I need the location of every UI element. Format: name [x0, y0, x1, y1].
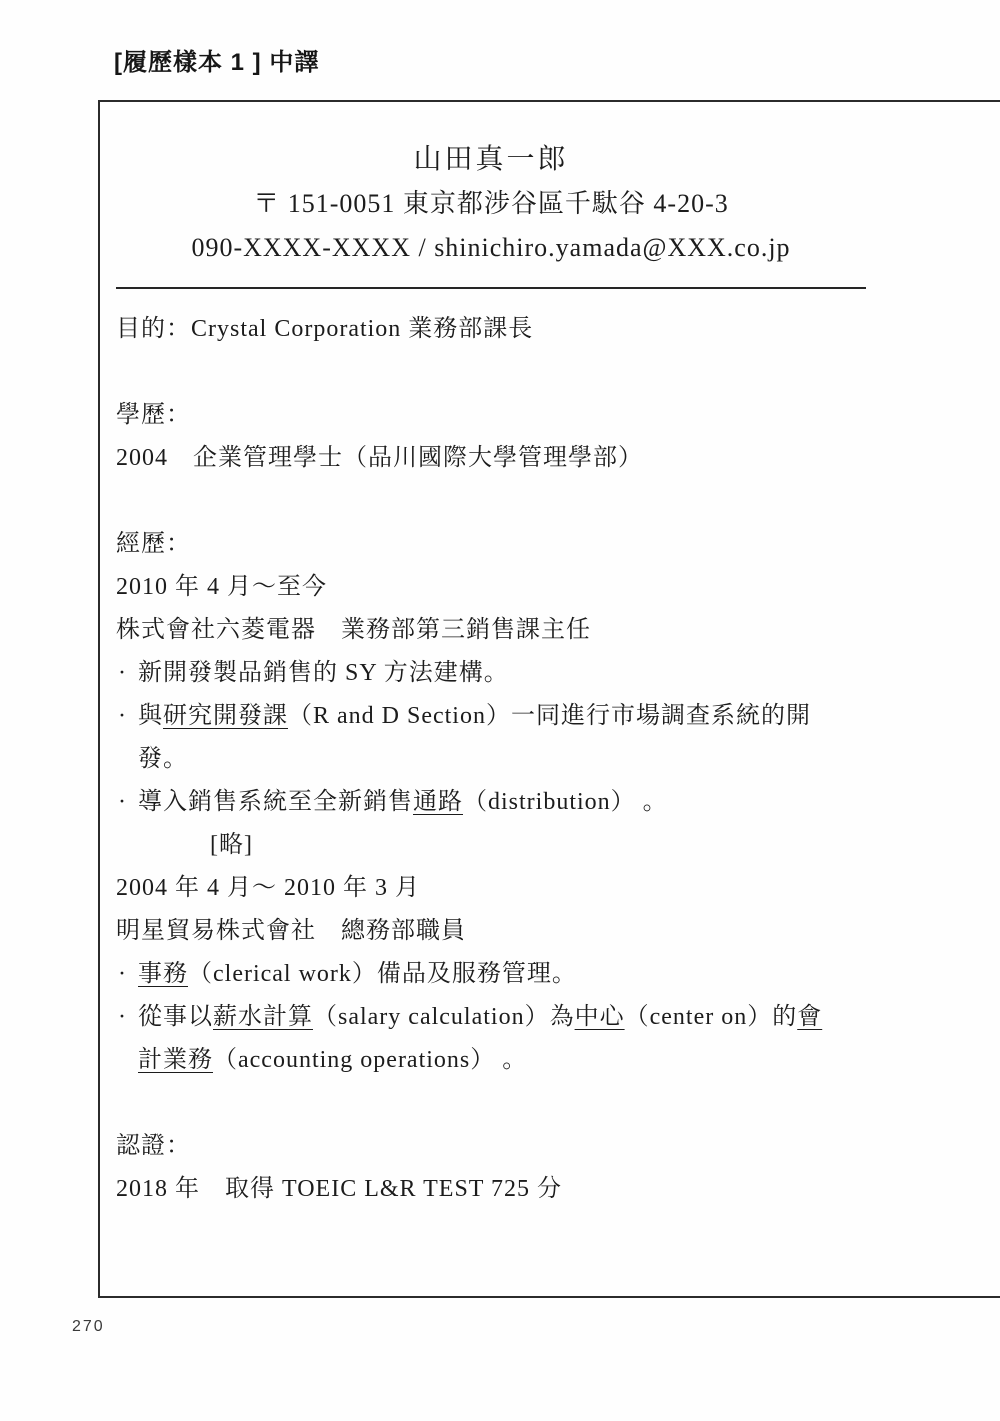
underlined-term: 中心 [575, 1004, 625, 1030]
applicant-contact: 090-XXXX-XXXX / shinichiro.yamada@XXX.co… [116, 226, 866, 270]
applicant-address: 〒 151-0051 東京都涉谷區千駄谷 4-20-3 [116, 182, 866, 226]
blank-line [116, 351, 1000, 394]
resume-line: 認證： [116, 1125, 1000, 1168]
text-segment: 株式會社六菱電器 業務部第三銷售課主任 [116, 617, 591, 643]
resume-header: 山田真一郎 〒 151-0051 東京都涉谷區千駄谷 4-20-3 090-XX… [116, 138, 866, 270]
resume-line: ·導入銷售系統至全新銷售通路（distribution） 。 [116, 781, 1000, 824]
text-segment: 從事以 [138, 1004, 213, 1030]
underlined-term: 薪水計算 [213, 1004, 313, 1030]
resume-line: ·新開發製品銷售的 SY 方法建構。 [116, 652, 1000, 695]
text-segment: 學歷： [116, 402, 191, 428]
resume-card: 山田真一郎 〒 151-0051 東京都涉谷區千駄谷 4-20-3 090-XX… [98, 100, 1000, 1298]
applicant-name: 山田真一郎 [116, 138, 866, 182]
header-divider [116, 287, 866, 289]
text-segment: 2010 年 4 月～至今 [116, 574, 327, 600]
blank-line [116, 480, 1000, 523]
text-segment: （R and D Section）一同進行市場調查系統的開 [288, 703, 811, 729]
resume-line: 2010 年 4 月～至今 [116, 566, 1000, 609]
resume-line: 2004 企業管理學士（品川國際大學管理學部） [116, 437, 1000, 480]
resume-line: 株式會社六菱電器 業務部第三銷售課主任 [116, 609, 1000, 652]
underlined-term: 會 [797, 1004, 822, 1030]
bullet-dot-icon: · [118, 953, 127, 996]
text-segment: 經歷： [116, 531, 191, 557]
resume-line: 學歷： [116, 394, 1000, 437]
underlined-term: 事務 [138, 961, 188, 987]
text-segment: 導入銷售系統至全新銷售 [138, 789, 413, 815]
resume-line: 目的：Crystal Corporation 業務部課長 [116, 308, 1000, 351]
resume-line: ·事務（clerical work）備品及服務管理。 [116, 953, 1000, 996]
text-segment: 與 [138, 703, 163, 729]
resume-line: 發。 [116, 738, 1000, 781]
resume-line: 2018 年 取得 TOEIC L&R TEST 725 分 [116, 1168, 1000, 1211]
blank-line [116, 1082, 1000, 1125]
text-segment: （center on）的 [625, 1004, 798, 1030]
text-segment: 2004 年 4 月～ 2010 年 3 月 [116, 875, 420, 901]
page-title: [履歷樣本 1 ] 中譯 [114, 42, 319, 77]
resume-line: [略] [116, 824, 1000, 867]
text-segment: 目的：Crystal Corporation 業務部課長 [116, 316, 533, 342]
text-segment: （salary calculation）為 [313, 1004, 575, 1030]
bullet-dot-icon: · [118, 695, 127, 738]
underlined-term: 研究開發課 [163, 703, 288, 729]
underlined-term: 計業務 [138, 1047, 213, 1073]
text-segment: 認證： [116, 1133, 191, 1159]
resume-line: 計業務（accounting operations） 。 [116, 1039, 1000, 1082]
underlined-term: 通路 [413, 789, 463, 815]
text-segment: （distribution） 。 [463, 789, 668, 815]
bullet-dot-icon: · [118, 652, 127, 695]
text-segment: （clerical work）備品及服務管理。 [188, 961, 577, 987]
resume-line: ·與研究開發課（R and D Section）一同進行市場調查系統的開 [116, 695, 1000, 738]
resume-content: 山田真一郎 〒 151-0051 東京都涉谷區千駄谷 4-20-3 090-XX… [100, 102, 1000, 1211]
resume-body: 目的：Crystal Corporation 業務部課長 學歷：2004 企業管… [116, 308, 1000, 1211]
text-segment: 發。 [138, 746, 188, 772]
bullet-dot-icon: · [118, 996, 127, 1039]
text-segment: [略] [210, 832, 253, 858]
resume-line: 經歷： [116, 523, 1000, 566]
resume-line: ·從事以薪水計算（salary calculation）為中心（center o… [116, 996, 1000, 1039]
text-segment: 明星貿易株式會社 總務部職員 [116, 918, 466, 944]
resume-line: 明星貿易株式會社 總務部職員 [116, 910, 1000, 953]
text-segment: （accounting operations） 。 [213, 1047, 527, 1073]
bullet-dot-icon: · [118, 781, 127, 824]
text-segment: 2018 年 取得 TOEIC L&R TEST 725 分 [116, 1176, 562, 1202]
resume-line: 2004 年 4 月～ 2010 年 3 月 [116, 867, 1000, 910]
page-number: 270 [72, 1318, 105, 1336]
text-segment: 新開發製品銷售的 SY 方法建構。 [138, 660, 509, 686]
text-segment: 2004 企業管理學士（品川國際大學管理學部） [116, 445, 643, 471]
